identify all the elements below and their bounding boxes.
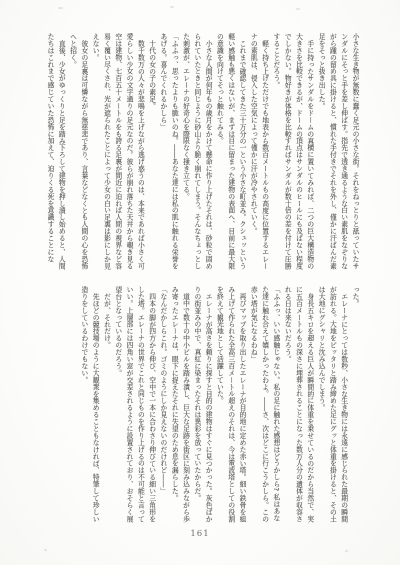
paragraph: 小さな人間が何年もの歳月をかけて懸命に作り上げたそれは、砂粒で固められていたとき… [179,33,213,274]
paragraph: 先ほどの競技場のように大観衆を集めることもなければ、特筆して珍しい造りをしている… [78,286,101,527]
paragraph: 再びマップを取り出したエレーナが目的地に定めた赤い塔。細い鉄骨を組み上げて作られ… [213,286,247,527]
paragraph: エレーナにとっては数秒、小さな生き物には永遠に感じられた最期の瞬間が訪れる。大地… [315,286,349,527]
scan-speck [296,8,300,10]
scan-speck [345,550,348,552]
paragraph: った。 [349,286,360,527]
paragraph: これまで確認してきた三十万分の一という小さな町並み。クシュッという軽い感触も悪く… [213,33,247,274]
paragraph: 彼女の足裏は可憐ながら無慈悲であり、言葉などなくとも人間の心を恐怖へと招く。 [66,33,89,274]
paragraph: 四本の脚が四方から伸び、空中で一本に合わさり伸びている細い三角形をした塔。エレー… [111,286,156,527]
paragraph: 身長五キロを超える巨人が瞬間的に体重を乗せているのだから当然で、実に五百メートル… [281,286,315,527]
paragraph: 「ふふっ、いい感触じゃない。私の足に触れた感想はどうかしら? 私はあなた達に触れ… [247,286,281,527]
paragraph: 数千数万の人々が悲鳴を上げながら逃げ惑うのは、本来であれば小さく可愛らしい少女の… [89,33,145,274]
scan-speck [44,549,47,551]
paragraph: 「なんだかしらこれ。ゴミのようにしか見えないのだけれど――」 [157,286,168,527]
vertical-text-band-top: 小さな生き物が無数に蠢く足元の小さな街。それをねっとりと舐っていたサンダルにそっ… [40,33,360,274]
paragraph: だが、それだけ。 [100,286,111,527]
page-number: 161 [0,529,400,539]
paragraph: 手に持ったサンダルをドームの真横に置いてみれば、二つの巨大構造物の大きさを比較で… [270,33,315,274]
paragraph: 直後、少女がゆっくりと足を踏み下ろして建物を押し潰し始めると、人間たちはこれまで… [44,33,67,274]
paragraph: 十代の女の子の素足。 [145,33,156,274]
paragraph: 道中で数十の中小ビルを踏み潰し、巨大な足跡を街区に刻み込みながら歩み寄ったエレー… [168,286,191,527]
scan-speck [58,7,63,9]
paragraph: エレーナが高さを頼りに探すと目的の建物はすぐに見つかった。灰色ばかりの街並みの中… [191,286,214,527]
vertical-text-band-bottom: った。エレーナにとっては数秒、小さな生き物には永遠に感じられた最期の瞬間が訪れる… [40,286,360,527]
scan-speck [170,6,174,8]
paragraph: 軽く持ち上げただけでも地表から数百メートルもの高度に位置するエレーナの素肌は、侵… [247,33,270,274]
paragraph: 小さな生き物が無数に蠢く足元の小さな街。それをねっとりと舐っていたサンダルにそっ… [315,33,360,274]
paragraph: 「ふふっ、思ったよりも脆いのね。――あなた達には私の肌に触れる栄誉をあげる。喜ん… [157,33,180,274]
scanned-book-page: 小さな生き物が無数に蠢く足元の小さな街。それをねっとりと舐っていたサンダルにそっ… [0,0,400,565]
